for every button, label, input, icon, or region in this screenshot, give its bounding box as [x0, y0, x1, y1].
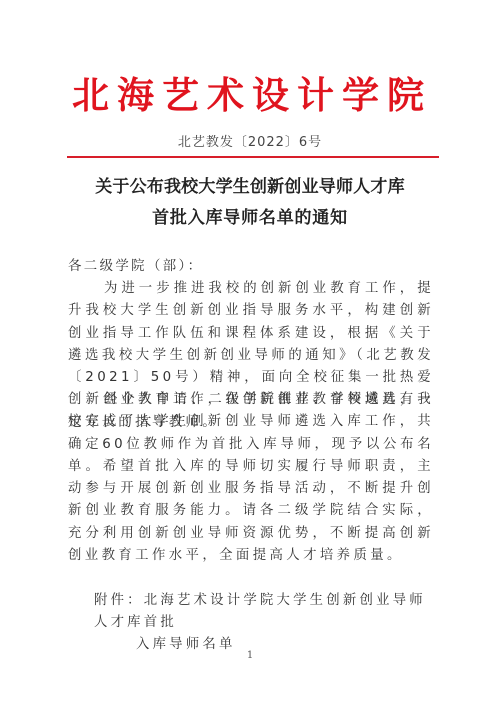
subject-title-line-1: 关于公布我校大学生创新创业导师人才库 — [60, 176, 440, 198]
page-number: 1 — [0, 650, 500, 661]
subject-title-line-2: 首批入库导师名单的通知 — [60, 207, 440, 229]
institution-title: 北海艺术设计学院 — [60, 70, 444, 120]
salutation: 各二级学院（部）： — [68, 256, 434, 278]
body-paragraph-2: 经个人申请、二级学院推荐、学校遴选，我校完成了大学生创新创业导师遴选入库工作，共… — [68, 389, 434, 567]
red-divider-rule — [67, 156, 439, 158]
attachment-note: 附件：北海艺术设计学院大学生创新创业导师人才库首批 入库导师名单 — [94, 590, 434, 656]
attachment-title-line-1: 北海艺术设计学院大学生创新创业导师人才库首批 — [94, 593, 426, 630]
document-page: 北海艺术设计学院 北艺教发〔2022〕6号 关于公布我校大学生创新创业导师人才库… — [0, 0, 500, 705]
document-number: 北艺教发〔2022〕6号 — [0, 133, 500, 153]
attachment-label: 附件： — [94, 593, 144, 608]
